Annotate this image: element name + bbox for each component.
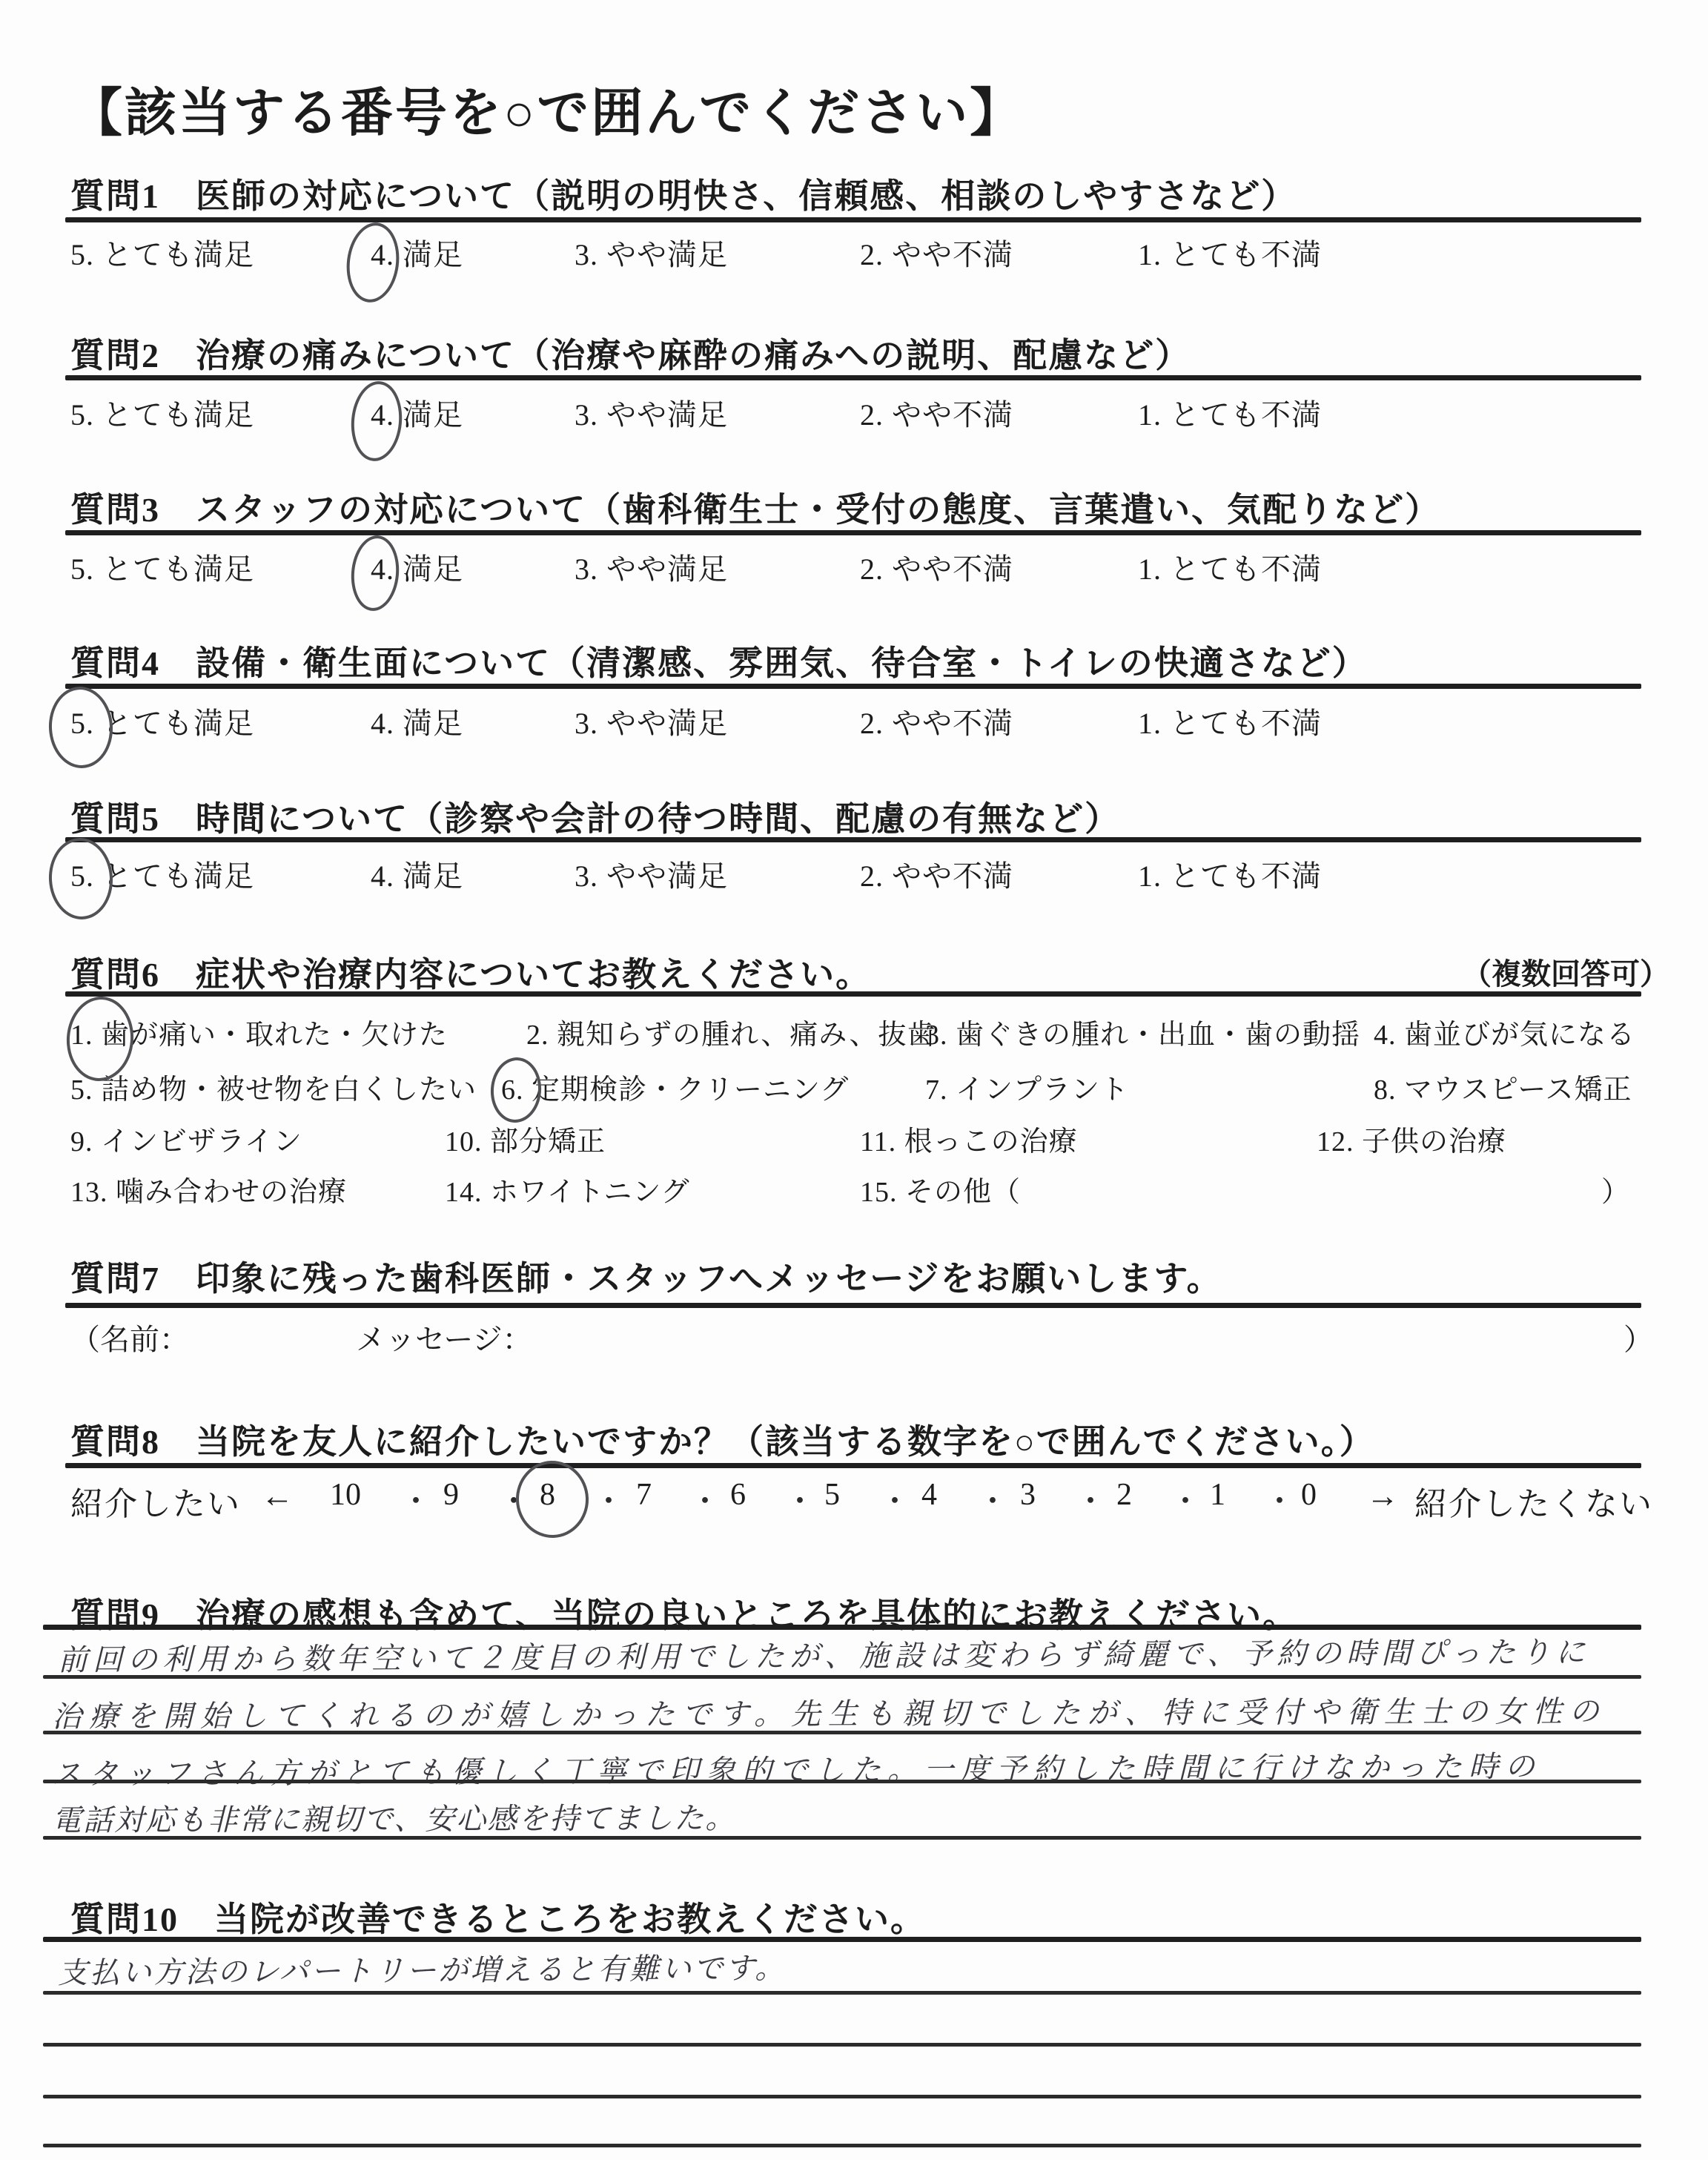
question-2-header: 質問2 治療の痛みについて（治療や麻酔の痛みへの説明、配慮など） — [70, 328, 1191, 377]
answer-ruled-line — [43, 1991, 1641, 1995]
header-underline — [65, 375, 1641, 380]
q6-item-9: 9. インビザライン — [70, 1118, 302, 1159]
q8-num-6: 6 — [730, 1477, 746, 1513]
question-5-header: 質問5 時間について（診察や会計の待つ時間、配慮の有無など） — [70, 792, 1120, 841]
q2-option-2: 2. やや不満 — [860, 392, 1013, 434]
question-6-header: 質問6 症状や治療内容についてお教えください。 — [70, 948, 871, 997]
circled-answer-q5 — [47, 836, 115, 921]
question-6-note: （複数回答可） — [1462, 951, 1669, 993]
circled-answer-q8 — [514, 1459, 590, 1539]
question-8-header: 質問8 当院を友人に紹介したいですか？（該当する数字を○で囲んでください。） — [70, 1415, 1375, 1464]
q4-option-4: 4. 満足 — [371, 700, 463, 742]
q9-handwritten-line-4: 電話対応も非常に親切で、安心感を持てました。 — [52, 1794, 736, 1839]
q6-item-13: 13. 噛み合わせの治療 — [70, 1169, 347, 1209]
answer-ruled-line — [43, 1836, 1641, 1840]
header-underline — [65, 217, 1641, 222]
question-9-header: 質問9 治療の感想も含めて、当院の良いところを具体的にお教えください。 — [70, 1588, 1298, 1637]
q6-item-2: 2. 親知らずの腫れ、痛み、抜歯 — [526, 1011, 936, 1052]
q3-option-5: 5. とても満足 — [70, 546, 254, 588]
q8-num-1: 1 — [1210, 1477, 1225, 1513]
q6-item-10: 10. 部分矯正 — [445, 1118, 606, 1159]
q3-option-3: 3. やや満足 — [575, 546, 728, 588]
q8-right-arrow-icon: → — [1366, 1477, 1399, 1515]
answer-ruled-line — [43, 2144, 1641, 2147]
q6-item-4: 4. 歯並びが気になる — [1374, 1011, 1635, 1052]
q4-option-1: 1. とても不満 — [1138, 700, 1322, 742]
header-underline — [65, 991, 1641, 997]
q6-item-5: 5. 詰め物・被せ物を白くしたい — [70, 1066, 477, 1107]
q5-option-2: 2. やや不満 — [860, 853, 1013, 895]
q9-handwritten-line-3: スタッフさん方がとても優しく丁寧で印象的でした。一度予約した時間に行けなかった時… — [52, 1743, 1541, 1794]
q4-option-2: 2. やや不満 — [860, 700, 1013, 742]
q2-option-3: 3. やや満足 — [575, 392, 728, 434]
answer-ruled-line — [43, 1731, 1641, 1734]
header-underline — [43, 1937, 1641, 1942]
answer-ruled-line — [43, 2095, 1641, 2098]
q8-left-label: 紹介したい — [70, 1477, 241, 1525]
q9-handwritten-line-2: 治療を開始してくれるのが嬉しかったです。先生も親切でしたが、特に受付や衛生士の女… — [52, 1688, 1606, 1735]
q8-num-0: 0 — [1301, 1477, 1317, 1513]
q8-dot: ・ — [593, 1477, 624, 1522]
q8-num-4: 4 — [921, 1477, 937, 1513]
q8-dot: ・ — [1075, 1477, 1106, 1522]
q9-handwritten-line-1: 前回の利用から数年空いて２度目の利用でしたが、施設は変わらず綺麗で、予約の時間ぴ… — [58, 1629, 1590, 1680]
q7-close-paren: ） — [1623, 1316, 1653, 1358]
q8-dot: ・ — [689, 1477, 721, 1522]
header-underline — [65, 530, 1641, 535]
q1-option-5: 5. とても満足 — [70, 231, 254, 274]
q8-dot: ・ — [400, 1477, 431, 1522]
q8-num-9: 9 — [443, 1477, 459, 1513]
q7-name-label: （名前： — [70, 1316, 189, 1358]
header-underline — [65, 684, 1641, 689]
answer-ruled-line — [43, 1675, 1641, 1679]
q5-option-1: 1. とても不満 — [1138, 853, 1322, 895]
q8-right-label: 紹介したくない — [1414, 1477, 1653, 1525]
question-4-header: 質問4 設備・衛生面について（清潔感、雰囲気、待合室・トイレの快適さなど） — [70, 636, 1368, 685]
circled-answer-q4 — [47, 685, 115, 770]
q4-option-3: 3. やや満足 — [575, 700, 728, 742]
header-underline — [65, 837, 1641, 842]
q5-option-3: 3. やや満足 — [575, 853, 728, 895]
question-1-header: 質問1 医師の対応について（説明の明快さ、信頼感、相談のしやすさなど） — [70, 169, 1297, 218]
q8-dot: ・ — [1264, 1477, 1295, 1522]
q8-dot: ・ — [1170, 1477, 1201, 1522]
q8-num-7: 7 — [636, 1477, 652, 1513]
q1-option-2: 2. やや不満 — [860, 231, 1013, 274]
q8-num-5: 5 — [824, 1477, 840, 1513]
answer-ruled-line — [43, 1780, 1641, 1783]
q2-option-5: 5. とても満足 — [70, 392, 254, 434]
q10-handwritten-line-1: 支払い方法のレパートリーが増えると有難いです。 — [58, 1945, 787, 1992]
q8-num-3: 3 — [1020, 1477, 1036, 1513]
question-3-header: 質問3 スタッフの対応について（歯科衛生士・受付の態度、言葉遣い、気配りなど） — [70, 483, 1440, 532]
q6-item-7: 7. インプラント — [925, 1066, 1129, 1107]
q6-item-3: 3. 歯ぐきの腫れ・出血・歯の動揺 — [925, 1011, 1360, 1052]
q1-option-1: 1. とても不満 — [1138, 231, 1322, 274]
q3-option-1: 1. とても不満 — [1138, 546, 1322, 588]
question-7-header: 質問7 印象に残った歯科医師・スタッフへメッセージをお願いします。 — [70, 1252, 1222, 1301]
q3-option-2: 2. やや不満 — [860, 546, 1013, 588]
q6-item-6: 6. 定期検診・クリーニング — [501, 1066, 849, 1107]
q8-dot: ・ — [784, 1477, 815, 1522]
q6-item-15: 15. その他（ — [860, 1169, 1021, 1209]
answer-ruled-line — [43, 2043, 1641, 2047]
q8-dot: ・ — [977, 1477, 1008, 1522]
q5-option-4: 4. 満足 — [371, 853, 463, 895]
header-underline — [65, 1303, 1641, 1308]
q8-dot: ・ — [879, 1477, 910, 1522]
header-underline — [65, 1463, 1641, 1468]
q6-item-12: 12. 子供の治療 — [1317, 1118, 1506, 1159]
survey-scan-page: 【該当する番号を○で囲んでください】 質問1 医師の対応について（説明の明快さ、… — [0, 0, 1708, 2160]
q8-left-arrow-icon: ← — [261, 1477, 294, 1515]
q1-option-3: 3. やや満足 — [575, 231, 728, 274]
q7-message-label: メッセージ： — [356, 1316, 532, 1358]
question-10-header: 質問10 当院が改善できるところをお教えください。 — [70, 1892, 926, 1941]
q6-item-14: 14. ホワイトニング — [445, 1169, 690, 1209]
q2-option-1: 1. とても不満 — [1138, 392, 1322, 434]
q6-other-close-paren: ） — [1601, 1169, 1630, 1209]
q8-num-2: 2 — [1116, 1477, 1132, 1513]
q8-num-10: 10 — [330, 1477, 361, 1513]
page-title: 【該当する番号を○で囲んでください】 — [70, 71, 1024, 146]
q6-item-11: 11. 根っこの治療 — [860, 1118, 1078, 1159]
q6-item-8: 8. マウスピース矯正 — [1374, 1066, 1632, 1107]
